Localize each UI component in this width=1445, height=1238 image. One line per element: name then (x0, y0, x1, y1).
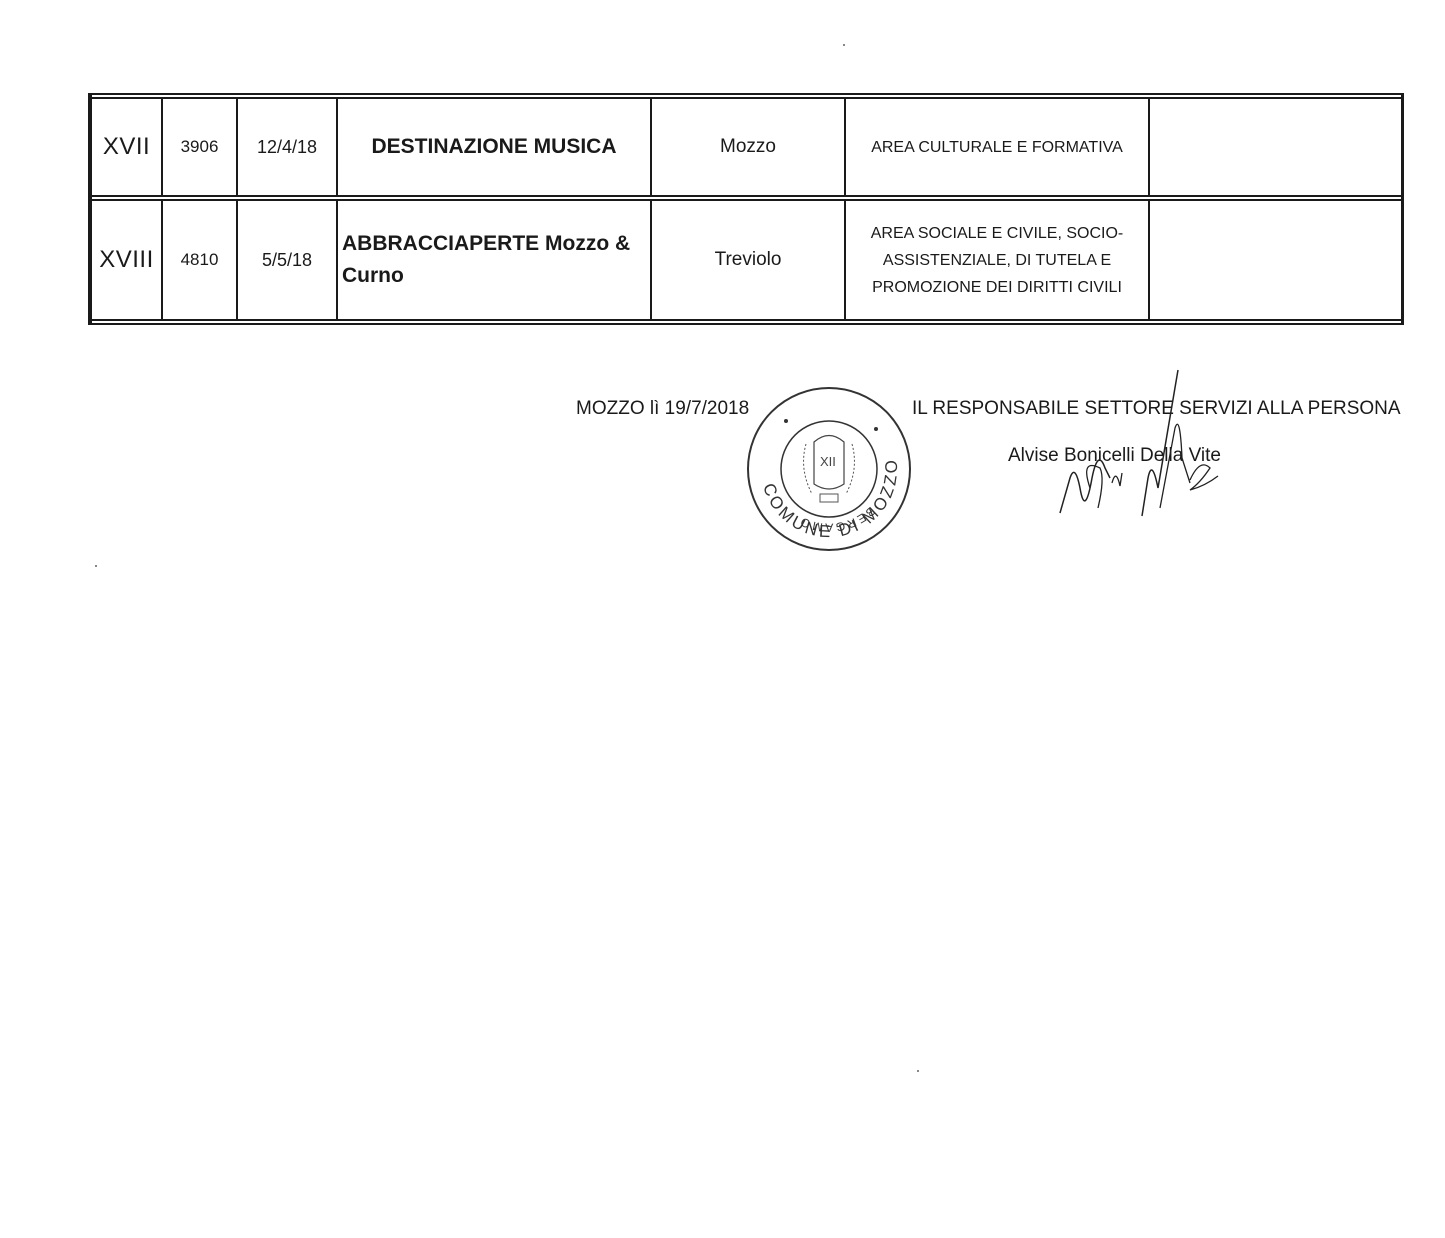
scan-speck (843, 44, 845, 46)
project-area: AREA CULTURALE E FORMATIVA (846, 99, 1150, 195)
svg-text:XII: XII (820, 454, 836, 469)
project-location: Mozzo (652, 99, 846, 195)
protocol-number: 3906 (163, 99, 238, 195)
project-notes (1150, 201, 1401, 319)
row-number: XVII (92, 99, 163, 195)
row-number: XVIII (92, 201, 163, 319)
table-border-bottom (92, 319, 1401, 325)
project-location: Treviolo (652, 201, 846, 319)
table-row: XVII 3906 12/4/18 DESTINAZIONE MUSICA Mo… (92, 99, 1401, 195)
project-area: AREA SOCIALE E CIVILE, SOCIO-ASSISTENZIA… (846, 201, 1150, 319)
project-name: ABBRACCIAPERTE Mozzo & Curno (338, 201, 652, 319)
municipal-seal-icon: COMUNE DI MOZZO BERGAMO XII (744, 384, 914, 554)
scan-speck (95, 565, 97, 567)
row-date: 5/5/18 (238, 201, 338, 319)
scan-speck (917, 1070, 919, 1072)
row-date: 12/4/18 (238, 99, 338, 195)
protocol-number: 4810 (163, 201, 238, 319)
project-notes (1150, 99, 1401, 195)
projects-table: XVII 3906 12/4/18 DESTINAZIONE MUSICA Mo… (88, 93, 1404, 325)
place-and-date: MOZZO lì 19/7/2018 (576, 398, 749, 420)
project-name: DESTINAZIONE MUSICA (338, 99, 652, 195)
table-row: XVIII 4810 5/5/18 ABBRACCIAPERTE Mozzo &… (92, 201, 1401, 319)
handwritten-signature-icon (1050, 368, 1230, 520)
